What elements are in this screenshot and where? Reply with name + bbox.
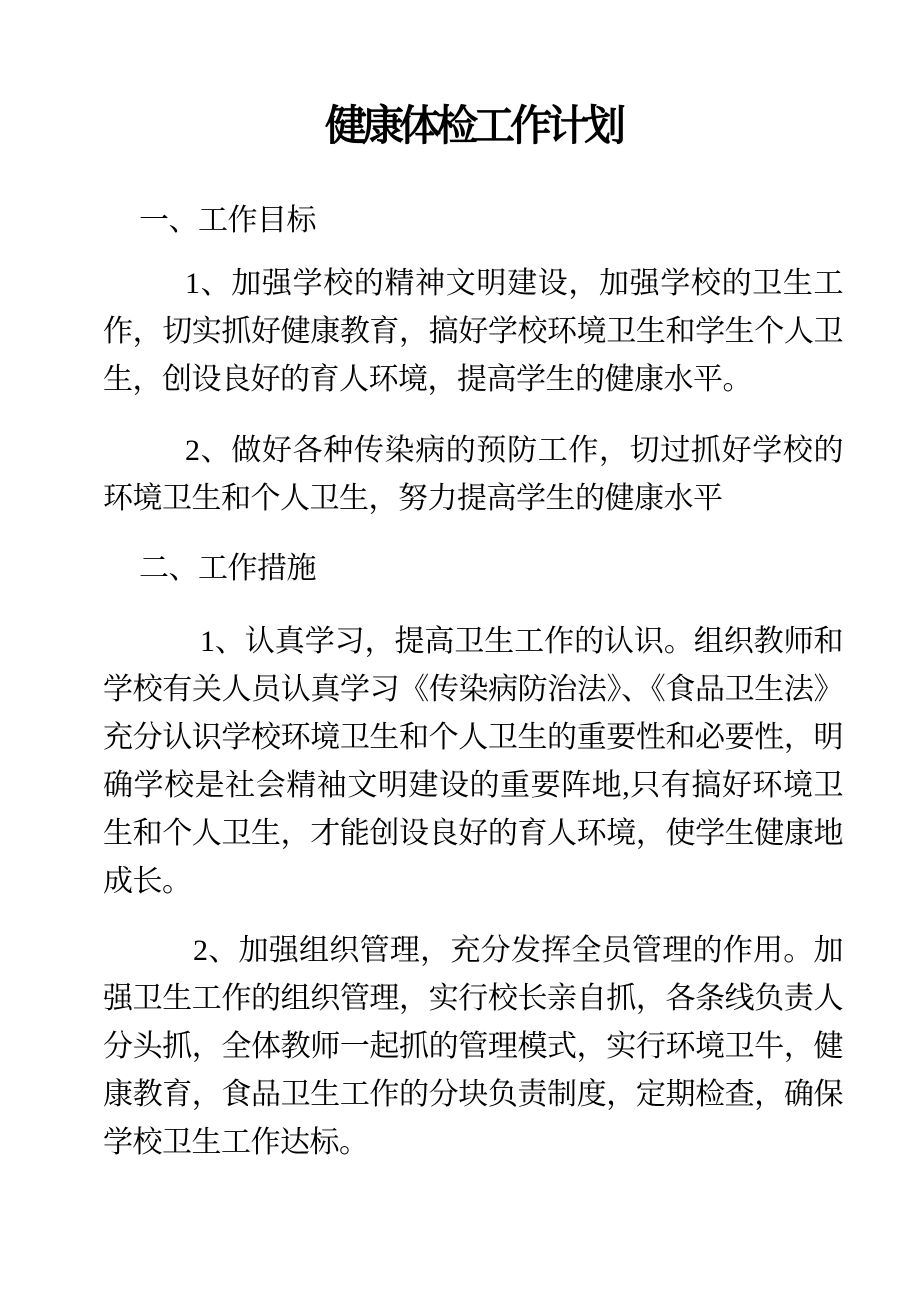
paragraph-goals-2: 2、做好各种传染病的预防工作，切过抓好学校的环境卫生和个人卫生，努力提高学生的健… bbox=[103, 427, 843, 523]
section-heading-measures: 二、工作措施 bbox=[103, 545, 843, 593]
section-heading-goals: 一、工作目标 bbox=[103, 197, 843, 245]
paragraph-goals-1: 1、加强学校的精神文明建设，加强学校的卫生工作，切实抓好健康教育，搞好学校环境卫… bbox=[103, 260, 843, 404]
document-title: 健康体检工作计划 bbox=[103, 95, 843, 157]
document-page: 健康体检工作计划 一、工作目标 1、加强学校的精神文明建设，加强学校的卫生工作，… bbox=[0, 0, 920, 1302]
paragraph-measures-2: 2、加强组织管理，充分发挥全员管理的作用。加强卫生工作的组织管理，实行校长亲自抓… bbox=[103, 927, 843, 1167]
paragraph-measures-1: 1、认真学习，提高卫生工作的认识。组织教师和学校有关人员认真学习《传染病防治法》… bbox=[103, 618, 843, 906]
